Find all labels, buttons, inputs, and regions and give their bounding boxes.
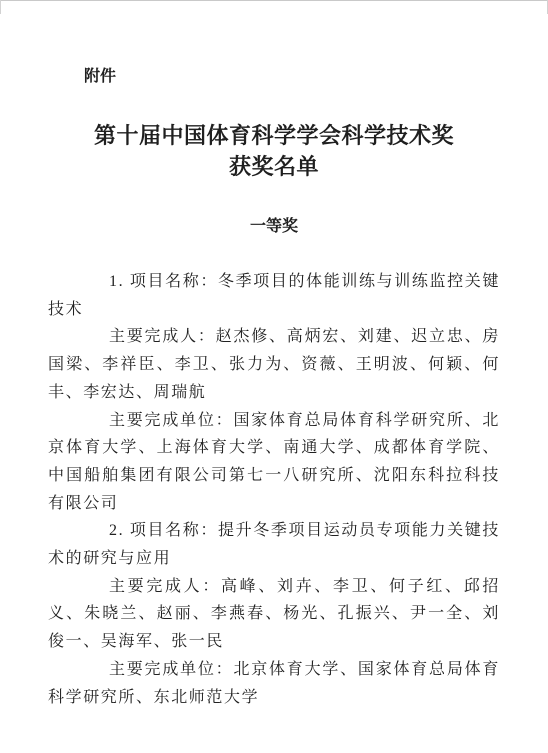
project-2-organizations-paragraph: 主要完成单位：北京体育大学、国家体育总局体育科学研究所、东北师范大学 <box>48 656 500 711</box>
project-1-organizations-paragraph: 主要完成单位：国家体育总局体育科学研究所、北京体育大学、上海体育大学、南通大学、… <box>48 407 500 518</box>
project-1-name-paragraph: 1. 项目名称：冬季项目的体能训练与训练监控关键技术 <box>48 268 500 323</box>
document-title-line-2: 获奖名单 <box>48 151 500 182</box>
document-page: 附件 第十届中国体育科学学会科学技术奖 获奖名单 一等奖 1. 项目名称：冬季项… <box>0 66 548 711</box>
attachment-label: 附件 <box>84 66 500 88</box>
project-2-name-paragraph: 2. 项目名称：提升冬季项目运动员专项能力关键技术的研究与应用 <box>48 517 500 572</box>
award-level-heading: 一等奖 <box>48 216 500 238</box>
project-1-contributors-paragraph: 主要完成人：赵杰修、高炳宏、刘建、迟立忠、房国梁、李祥臣、李卫、张力为、资薇、王… <box>48 323 500 406</box>
document-title-line-1: 第十届中国体育科学学会科学技术奖 <box>48 120 500 151</box>
document-title: 第十届中国体育科学学会科学技术奖 获奖名单 <box>48 120 500 182</box>
award-list-body: 1. 项目名称：冬季项目的体能训练与训练监控关键技术 主要完成人：赵杰修、高炳宏… <box>48 268 500 711</box>
page-left-edge-tick <box>0 0 1 14</box>
project-2-contributors-paragraph: 主要完成人：高峰、刘卉、李卫、何子红、邱招义、朱晓兰、赵丽、李燕春、杨光、孔振兴… <box>48 573 500 656</box>
page-top-border <box>0 0 548 1</box>
